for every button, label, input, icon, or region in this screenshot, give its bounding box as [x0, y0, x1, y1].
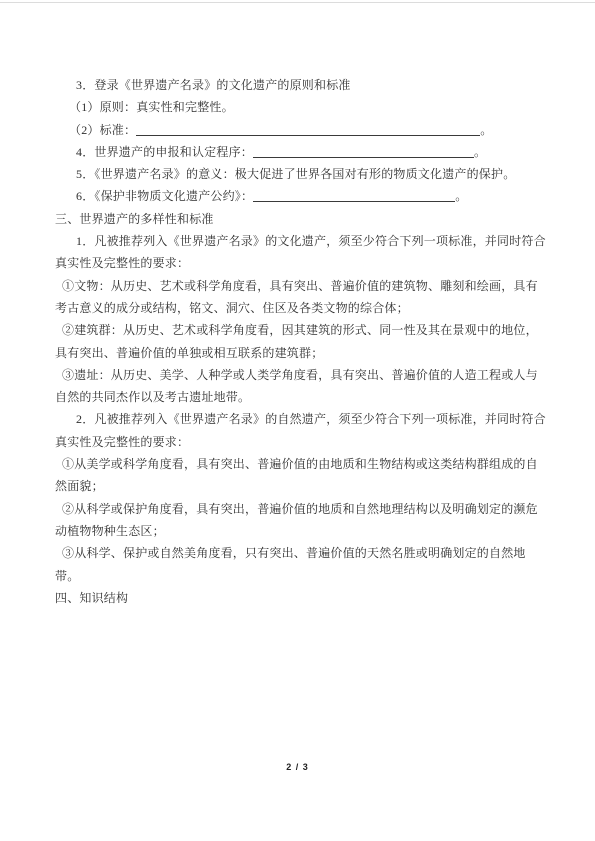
text-line: 考古意义的成分或结构，铭文、洞穴、住区及各类文物的综合体； — [55, 297, 557, 319]
text-line: 动植物物种生态区； — [55, 520, 557, 542]
document-page: 3．登录《世界遗产名录》的文化遗产的原则和标准 （1）原则：真实性和完整性。 （… — [0, 0, 595, 841]
list-item-line: 2．凡被推荐列入《世界遗产名录》的自然遗产，须至少符合下列一项标准，并同时符合 — [55, 408, 557, 430]
blank-line-label: 4．世界遗产的申报和认定程序： — [76, 145, 253, 159]
fill-in-blank-line: 6．《保护非物质文化遗产公约》：。 — [55, 185, 557, 207]
fill-in-blank-line: （2）标准：。 — [55, 119, 557, 141]
text-line: 自然的共同杰作以及考古遗址地带。 — [55, 386, 557, 408]
blank-line-period: 。 — [480, 123, 492, 137]
circled-item-line: ③从科学、保护或自然美角度看，只有突出、普遍价值的天然名胜或明确划定的自然地 — [55, 542, 557, 564]
blank-underline — [253, 145, 474, 158]
sub-item-line: （1）原则：真实性和完整性。 — [55, 96, 557, 118]
text-line: 具有突出、普遍价值的单独或相互联系的建筑群； — [55, 342, 557, 364]
text-line: 真实性及完整性的要求： — [55, 252, 557, 274]
text-line: 带。 — [55, 565, 557, 587]
page-number: 2 / 3 — [0, 762, 595, 772]
text-line: 然面貌； — [55, 475, 557, 497]
text-line: 真实性及完整性的要求： — [55, 431, 557, 453]
circled-item-line: ③遗址：从历史、美学、人种学或人类学角度看，具有突出、普遍价值的人造工程或人与 — [55, 364, 557, 386]
blank-line-period: 。 — [455, 189, 467, 203]
list-item-line: 3．登录《世界遗产名录》的文化遗产的原则和标准 — [55, 74, 557, 96]
fill-in-blank-line: 4．世界遗产的申报和认定程序：。 — [55, 141, 557, 163]
blank-line-label: （2）标准： — [69, 123, 136, 137]
document-body: 3．登录《世界遗产名录》的文化遗产的原则和标准 （1）原则：真实性和完整性。 （… — [55, 74, 557, 609]
list-item-line: 1．凡被推荐列入《世界遗产名录》的文化遗产，须至少符合下列一项标准，并同时符合 — [55, 230, 557, 252]
blank-line-period: 。 — [474, 145, 486, 159]
section-heading: 四、知识结构 — [55, 587, 557, 609]
circled-item-line: ②从科学或保护角度看，具有突出，普遍价值的地质和自然地理结构以及明确划定的濒危 — [55, 498, 557, 520]
list-item-line: 5．《世界遗产名录》的意义：极大促进了世界各国对有形的物质文化遗产的保护。 — [55, 163, 557, 185]
section-heading: 三、世界遗产的多样性和标准 — [55, 208, 557, 230]
blank-underline — [136, 123, 480, 136]
blank-underline — [253, 189, 455, 202]
circled-item-line: ①从美学或科学角度看，具有突出、普遍价值的由地质和生物结构或这类结构群组成的自 — [55, 453, 557, 475]
circled-item-line: ②建筑群：从历史、艺术或科学角度看，因其建筑的形式、同一性及其在景观中的地位， — [55, 319, 557, 341]
circled-item-line: ①文物：从历史、艺术或科学角度看，具有突出、普遍价值的建筑物、雕刻和绘画，具有 — [55, 275, 557, 297]
page-top-edge-line — [0, 2, 595, 3]
blank-line-label: 6．《保护非物质文化遗产公约》： — [76, 189, 253, 203]
